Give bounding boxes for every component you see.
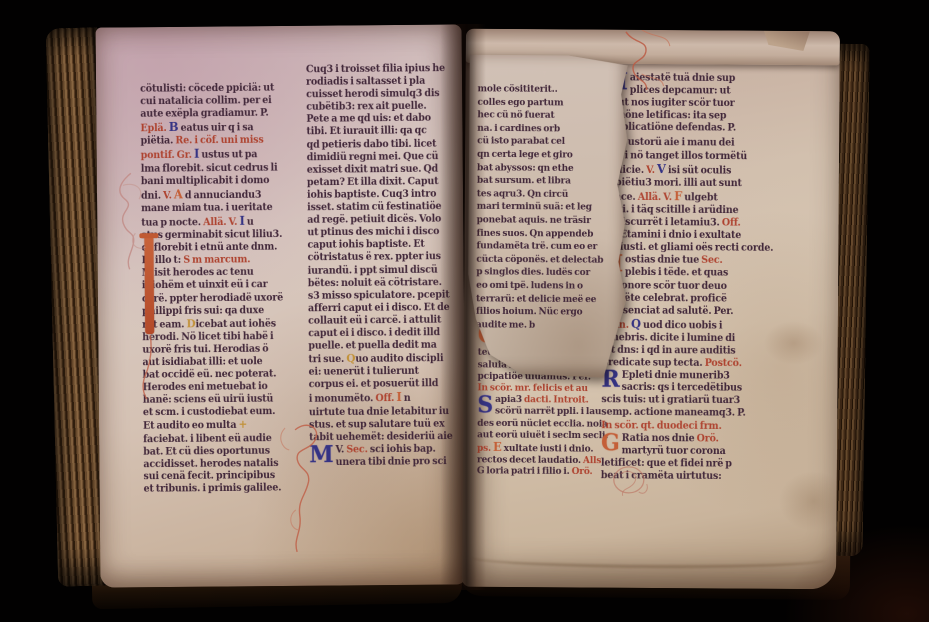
manuscript-text: semp. actione maneamq3. P. — [601, 407, 746, 419]
manuscript-text: mole cösititerit.. — [477, 84, 557, 95]
manuscript-text: cücta cöponës. et delectab — [476, 254, 603, 265]
manuscript-text: aiestatë tuä dnie sup — [630, 72, 736, 84]
manuscript-text: sui cenä fecit. principibus — [143, 470, 275, 483]
manuscript-text: corpus ei. et posuerüt illd — [309, 378, 439, 391]
manuscript-text: bat. Et cü dies oportunus — [143, 445, 270, 458]
rubric-text: dacti. Introit. — [524, 395, 589, 406]
colored-initial: Q — [631, 316, 641, 331]
manuscript-text: qn certa lege et giro — [477, 149, 573, 160]
manuscript-text: scörü narrët ppli. i lau — [495, 406, 601, 417]
manuscript-text: uirtute tua dnie letabitur iu — [309, 405, 449, 418]
manuscript-text: scis tuis: ut i gratiarü tuar3 — [601, 394, 740, 406]
manuscript-text: colles ego partum — [477, 97, 563, 108]
illuminated-initial: G — [601, 432, 620, 453]
rubric-text: pontif. Gr. — [141, 150, 194, 162]
manuscript-text: terrarü: et delicie meë ee — [476, 293, 596, 304]
manuscript-text: it iohëm et uinxit eü i car — [142, 279, 268, 292]
right-manuscript-page: O mni muneris largitate saclati. qd dne … — [462, 29, 840, 590]
manuscript-text: ponebat aquis. ne träsir — [477, 215, 591, 226]
rubric-text: S m marcum. — [183, 254, 250, 266]
rubric-text: Off. — [375, 393, 396, 405]
manuscript-text: ustus ut pa — [199, 149, 257, 161]
manuscript-text: faciebat. i libent eü audie — [143, 432, 272, 445]
red-initial-i-bar — [144, 236, 154, 334]
manuscript-text: ad regë. petiuit dicës. Volo — [307, 214, 441, 227]
manuscript-text: et scm. i custodiebat eum. — [143, 406, 276, 419]
manuscript-text: p singlos dies. ludës cor — [476, 267, 590, 278]
manuscript-text: ustorü aie i manu dei — [626, 137, 735, 149]
manuscript-text: tibi. Et iurauit illi: qa qc — [306, 126, 426, 138]
manuscript-text: u — [245, 216, 254, 228]
rubric-text: Allä. V. — [203, 216, 239, 228]
manuscript-text: tri sue. — [308, 354, 346, 366]
manuscript-text: isset. statim cü festinatiöe — [307, 201, 441, 214]
torn-leaf-surface: mole cösititerit..colles ego partumhec c… — [468, 55, 628, 378]
manuscript-text: mane miam tua. i ueritate — [141, 202, 273, 215]
manuscript-text: stus germinabit sicut liliu3. — [141, 229, 282, 242]
colored-initial: V — [657, 161, 666, 176]
manuscript-text: dni. — [141, 190, 163, 202]
manuscript-text: cubëtib3: rex ait puelle. — [306, 100, 426, 112]
manuscript-text: bat abyssos: qn ethe — [477, 162, 574, 173]
manuscript-text: cuisset herodi simulq3 dis — [306, 88, 439, 101]
manuscript-text: bat occidë eü. nec poterat. — [143, 368, 277, 381]
rubric-text: V. — [646, 164, 657, 176]
manuscript-text: beat i cramëta uirtutus: — [601, 470, 722, 482]
manuscript-text: G loria patri i filio i. — [477, 467, 572, 478]
manuscript-text: d annuciandu3 — [183, 189, 262, 201]
rubric-text: In scör. qt. duodeci frm. — [601, 420, 722, 432]
right-page-column-2: M aiestatë tuä dnie supplices depcamur: … — [601, 72, 798, 489]
photo-stage: cötulisti: cöcede ppiciä: utcui natalici… — [0, 0, 929, 622]
manuscript-text: iohis baptiste. Cuq3 intro — [307, 188, 436, 201]
manuscript-text: V. — [335, 444, 346, 456]
rubric-text: Orö. — [697, 433, 719, 445]
manuscript-text: bat sursum. et libra — [477, 176, 571, 187]
parchment-stain — [778, 471, 839, 531]
rubric-text: Off. — [722, 217, 741, 229]
colored-initial: + — [239, 419, 248, 432]
manuscript-text: n — [402, 393, 411, 405]
manuscript-text: iurandü. i ppt simul discü — [308, 264, 438, 277]
fragment-text-column: mole cösititerit..colles ego partumhec c… — [476, 83, 620, 340]
manuscript-text: mari terminü suä: et leg — [477, 202, 592, 213]
manuscript-text: bëtes: noluit eä cötristare. — [308, 276, 442, 289]
rubric-text: Postcö. — [705, 357, 742, 369]
manuscript-text: caput ei i disco. i dedit illd — [308, 327, 440, 340]
manuscript-text: uo audito discipli — [355, 353, 443, 365]
manuscript-text: cötristatus ë rex. ppter ius — [308, 251, 441, 264]
manuscript-text: cerë. ppter herodiadë uxorë — [142, 292, 283, 305]
manuscript-text: puelle. et puella dedit ma — [308, 339, 437, 352]
manuscript-text: isi süt oculis — [666, 164, 732, 176]
manuscript-text: et tribunis. i primis galilee. — [144, 482, 282, 495]
manuscript-text: Et audito eo multa — [143, 420, 239, 432]
manuscript-text: Etamini i dnio i exultate — [620, 229, 741, 241]
manuscript-text: s3 misso spiculatore. pcepit — [308, 289, 450, 302]
rubric-text: Sec. — [346, 444, 370, 456]
manuscript-text: philippi fris sui: qa duxe — [142, 304, 264, 317]
manuscript-text: hec cü nö fuerat — [477, 110, 554, 121]
manuscript-text: uxorë fris tui. Herodias ö — [142, 343, 268, 356]
manuscript-text: caput iohis baptiste. Et — [307, 239, 424, 251]
manuscript-text: eatus uir q i sa — [178, 122, 253, 134]
manuscript-text: uod dico uobis i — [641, 319, 722, 331]
manuscript-text: aute exëpla gradiamur. P. — [140, 107, 268, 120]
manuscript-text: cötulisti: cöcede ppiciä: ut — [140, 82, 274, 95]
manuscript-text: lma florebit. sicut cedrus li — [141, 162, 278, 175]
colored-initial: B — [169, 120, 179, 135]
manuscript-text: ostias dnie tue — [625, 254, 701, 266]
manuscript-text: ei: uenerüt i tulierunt — [309, 366, 419, 378]
manuscript-text: plebis i tëde. et quas — [625, 267, 728, 279]
manuscript-text: ulgebt — [682, 192, 718, 204]
manuscript-text: letificet: que et fidei nrë p — [601, 457, 732, 469]
left-page-column-1: cötulisti: cöcede ppiciä: utcui natalici… — [140, 82, 330, 500]
manuscript-text: collauit eü i carcë. i attulit — [308, 314, 441, 327]
manuscript-text: Epleti dnie munerib3 — [622, 369, 730, 381]
center-gutter-shadow — [440, 24, 486, 590]
manuscript-text: filios hoium. Nüc ergo — [476, 306, 583, 317]
manuscript-text: Herodes eni metuebat io — [143, 381, 268, 394]
manuscript-text: tua p nocte. — [141, 217, 203, 229]
rubric-text: Eplä. — [140, 123, 168, 135]
manuscript-text: hanë: sciens eü uirü iustü — [143, 393, 274, 406]
manuscript-text: unera tibi dnie pro sci — [336, 456, 447, 468]
rubric-text: V. — [163, 190, 174, 202]
manuscript-text: sacris: qs i tercedëtibus — [622, 382, 742, 394]
colored-initial: A — [174, 187, 183, 202]
manuscript-text: piëtia. — [141, 135, 176, 147]
manuscript-text: et florebit i etnü ante dnm. — [141, 241, 277, 254]
manuscript-text: exisset dixit matri sue. Qd — [307, 163, 438, 176]
manuscript-text: rectos decet laudatio. — [477, 455, 583, 466]
manuscript-text: accidisset. herodes natalis — [143, 457, 278, 470]
manuscript-text: tes aqru3. Qn circü — [477, 189, 568, 200]
manuscript-text: xultate iusti i dnio. — [502, 444, 594, 455]
manuscript-text: na. i cardines orb — [477, 123, 560, 134]
manuscript-text: aut isidiabat illi: et uole — [142, 356, 262, 368]
manuscript-text: sci iohis bap. — [370, 443, 436, 455]
manuscript-text: des eorü nüciet ecclia. noia — [477, 418, 608, 429]
manuscript-text: petam? Et illa dixit. Caput — [307, 176, 439, 189]
left-manuscript-page: cötulisti: cöcede ppiciä: utcui natalici… — [96, 24, 467, 587]
manuscript-text: fines suos. Qn appendeb — [476, 228, 593, 239]
illuminated-initial: M — [309, 444, 333, 465]
rubric-text: Re. i cöf. uni miss — [175, 135, 263, 147]
manuscript-text: afferri caput ei i disco. Et de — [308, 302, 450, 315]
curled-page-crease — [470, 548, 826, 569]
colored-initial: E — [493, 439, 502, 454]
manuscript-text: cui natalicia collim. per ei — [140, 95, 271, 108]
manuscript-text: qd petieris dabo tibi. licet — [307, 138, 437, 151]
manuscript-text: plices depcamur: ut — [630, 84, 731, 96]
manuscript-text: i monumëto. — [309, 393, 376, 405]
torn-leaf-fragment: mole cösititerit..colles ego partumhec c… — [468, 55, 628, 378]
rubric-text: In scör. mr. felicis et au — [477, 383, 587, 394]
manuscript-text: icebat aut iohës — [195, 318, 276, 330]
manuscript-text: fundamëta trë. cum eo er — [476, 241, 597, 252]
manuscript-text: Cuq3 i troisset filia ipius he — [306, 63, 445, 76]
manuscript-text: apia3 — [495, 395, 524, 406]
manuscript-text: dimidiü regni mei. Que cü — [307, 151, 439, 164]
manuscript-text: cü isto parabat cel — [477, 136, 565, 147]
manuscript-text: rodiadis i saltasset i pla — [306, 75, 425, 87]
manuscript-text: herodi. Nö licet tibi habë i — [142, 330, 273, 343]
colored-initial: Q — [346, 353, 355, 366]
manuscript-text: ut ptinus des michi i disco — [307, 226, 439, 239]
manuscript-text: martyrü tuor corona — [622, 445, 726, 457]
manuscript-text: Ratia nos dnie — [622, 432, 697, 444]
manuscript-text: M isit herodes ac tenu — [142, 267, 254, 279]
rubric-text: Sec. — [701, 255, 722, 267]
manuscript-text: bani multiplicabit i domo — [141, 174, 270, 187]
rubric-text: Allä. V. — [638, 191, 674, 203]
manuscript-text: tabit uehemët: desideriü aie — [309, 430, 453, 443]
manuscript-text: eo omi tpë. ludens in o — [476, 280, 583, 291]
manuscript-text: Pete a me qd uis: et dabo — [306, 113, 431, 126]
manuscript-text: iusti. et gliami oës recti corde. — [620, 242, 774, 255]
manuscript-text: stus. et sup salutare tuü ex — [309, 418, 445, 431]
rubric-text: Orö. — [572, 467, 593, 478]
